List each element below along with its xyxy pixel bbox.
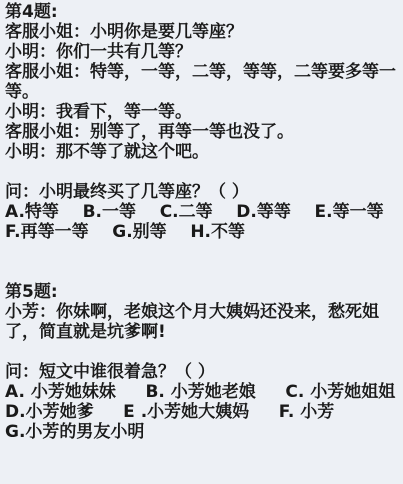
question-number: 第4题: bbox=[5, 2, 397, 22]
dialog-line: 等。 bbox=[5, 82, 397, 102]
dialog-line: 小明：那不等了就这个吧。 bbox=[5, 142, 397, 162]
dialog-line: 客服小姐：别等了，再等一等也没了。 bbox=[5, 122, 397, 142]
question-prompt: 问：小明最终买了几等座？（ ） bbox=[5, 182, 397, 202]
options-line: F.再等一等 G.别等 H.不等 bbox=[5, 222, 397, 242]
quiz-page: 第4题: 客服小姐：小明你是要几等座？ 小明：你们一共有几等？ 客服小姐：特等，… bbox=[0, 0, 403, 484]
dialog-line: 小明：你们一共有几等？ bbox=[5, 42, 397, 62]
dialog-line: 小芳：你妹啊，老娘这个月大姨妈还没来，愁死姐 bbox=[5, 302, 397, 322]
question-number: 第5题: bbox=[5, 282, 397, 302]
question-4-block: 第4题: 客服小姐：小明你是要几等座？ 小明：你们一共有几等？ 客服小姐：特等，… bbox=[5, 2, 397, 242]
dialog-line: 小明：我看下，等一等。 bbox=[5, 102, 397, 122]
options-line: D.小芳她爹 E .小芳她大姨妈 F. 小芳 bbox=[5, 402, 397, 422]
dialog-line: 了，简直就是坑爹啊! bbox=[5, 322, 397, 342]
dialog-line: 客服小姐：小明你是要几等座？ bbox=[5, 22, 397, 42]
question-prompt: 问：短文中谁很着急？（ ） bbox=[5, 362, 397, 382]
question-5-block: 第5题: 小芳：你妹啊，老娘这个月大姨妈还没来，愁死姐 了，简直就是坑爹啊! 问… bbox=[5, 282, 397, 442]
options-line: A.特等 B.一等 C.二等 D.等等 E.等一等 bbox=[5, 202, 397, 222]
options-line: G.小芳的男友小明 bbox=[5, 422, 397, 442]
dialog-line: 客服小姐：特等，一等，二等，等等，二等要多等一 bbox=[5, 62, 397, 82]
options-line: A. 小芳她妹妹 B. 小芳她老娘 C. 小芳她姐姐 bbox=[5, 382, 397, 402]
